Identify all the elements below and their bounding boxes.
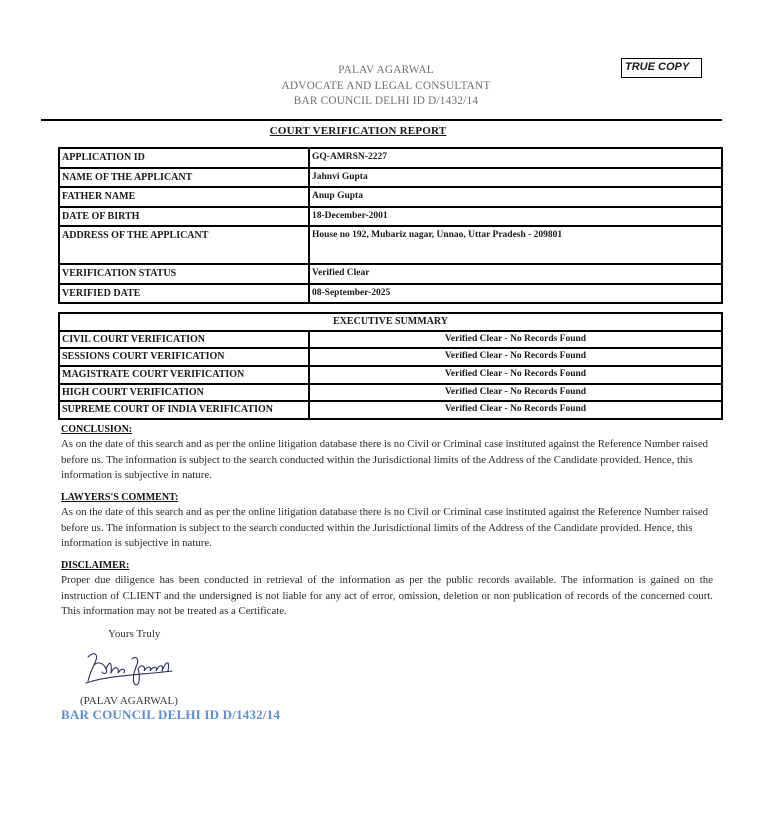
table-row: ADDRESS OF THE APPLICANTHouse no 192, Mu…: [59, 226, 722, 264]
row-label: MAGISTRATE COURT VERIFICATION: [59, 366, 309, 384]
row-value: Verified Clear - No Records Found: [309, 401, 722, 419]
signer-name: (PALAV AGARWAL): [80, 695, 178, 707]
summary-heading-row: EXECUTIVE SUMMARY: [59, 313, 722, 331]
conclusion-section: CONCLUSION: As on the date of this searc…: [61, 422, 713, 483]
table-row: DATE OF BIRTH18-December-2001: [59, 207, 722, 227]
row-value: Verified Clear - No Records Found: [309, 384, 722, 402]
table-row: HIGH COURT VERIFICATIONVerified Clear - …: [59, 384, 722, 402]
table-row: SESSIONS COURT VERIFICATIONVerified Clea…: [59, 348, 722, 366]
row-label: NAME OF THE APPLICANT: [59, 168, 309, 188]
row-label: FATHER NAME: [59, 187, 309, 207]
row-value: Verified Clear - No Records Found: [309, 366, 722, 384]
report-title: COURT VERIFICATION REPORT: [0, 125, 716, 137]
row-value: 08-September-2025: [309, 284, 722, 304]
row-value: Anup Gupta: [309, 187, 722, 207]
disclaimer-heading: DISCLAIMER:: [61, 558, 713, 573]
table-row: MAGISTRATE COURT VERIFICATIONVerified Cl…: [59, 366, 722, 384]
signer-bar-id: BAR COUNCIL DELHI ID D/1432/14: [61, 707, 280, 723]
signature-icon: [80, 645, 180, 690]
row-value: House no 192, Mubariz nagar, Unnao, Utta…: [309, 226, 722, 264]
conclusion-heading: CONCLUSION:: [61, 422, 713, 437]
executive-summary-table: EXECUTIVE SUMMARY CIVIL COURT VERIFICATI…: [58, 312, 723, 420]
table-row: SUPREME COURT OF INDIA VERIFICATIONVerif…: [59, 401, 722, 419]
row-label: VERIFICATION STATUS: [59, 264, 309, 284]
row-label: HIGH COURT VERIFICATION: [59, 384, 309, 402]
row-value: Jahnvi Gupta: [309, 168, 722, 188]
disclaimer-section: DISCLAIMER: Proper due diligence has bee…: [61, 558, 713, 619]
header-divider: [41, 119, 722, 121]
summary-heading: EXECUTIVE SUMMARY: [59, 313, 722, 331]
letterhead-title: ADVOCATE AND LEGAL CONSULTANT: [0, 79, 772, 95]
lawyers-comment-section: LAWYERS'S COMMENT: As on the date of thi…: [61, 490, 713, 551]
table-row: VERIFICATION STATUSVerified Clear: [59, 264, 722, 284]
row-label: DATE OF BIRTH: [59, 207, 309, 227]
row-value: GQ-AMRSN-2227: [309, 148, 722, 168]
closing-text: Yours Truly: [108, 628, 160, 640]
true-copy-stamp: TRUE COPY: [621, 58, 702, 78]
row-label: VERIFIED DATE: [59, 284, 309, 304]
table-row: NAME OF THE APPLICANTJahnvi Gupta: [59, 168, 722, 188]
conclusion-text: As on the date of this search and as per…: [61, 437, 713, 483]
row-label: CIVIL COURT VERIFICATION: [59, 331, 309, 349]
row-label: ADDRESS OF THE APPLICANT: [59, 226, 309, 264]
row-value: Verified Clear: [309, 264, 722, 284]
row-value: Verified Clear - No Records Found: [309, 348, 722, 366]
lawyers-comment-heading: LAWYERS'S COMMENT:: [61, 490, 713, 505]
table-row: FATHER NAMEAnup Gupta: [59, 187, 722, 207]
row-label: APPLICATION ID: [59, 148, 309, 168]
table-row: APPLICATION IDGQ-AMRSN-2227: [59, 148, 722, 168]
row-label: SUPREME COURT OF INDIA VERIFICATION: [59, 401, 309, 419]
table-row: CIVIL COURT VERIFICATIONVerified Clear -…: [59, 331, 722, 349]
lawyers-comment-text: As on the date of this search and as per…: [61, 505, 713, 551]
disclaimer-text: Proper due diligence has been conducted …: [61, 573, 713, 619]
row-value: 18-December-2001: [309, 207, 722, 227]
row-label: SESSIONS COURT VERIFICATION: [59, 348, 309, 366]
table-row: VERIFIED DATE08-September-2025: [59, 284, 722, 304]
row-value: Verified Clear - No Records Found: [309, 331, 722, 349]
letterhead-bar-id: BAR COUNCIL DELHI ID D/1432/14: [0, 94, 772, 110]
applicant-details-table: APPLICATION IDGQ-AMRSN-2227 NAME OF THE …: [58, 147, 723, 304]
